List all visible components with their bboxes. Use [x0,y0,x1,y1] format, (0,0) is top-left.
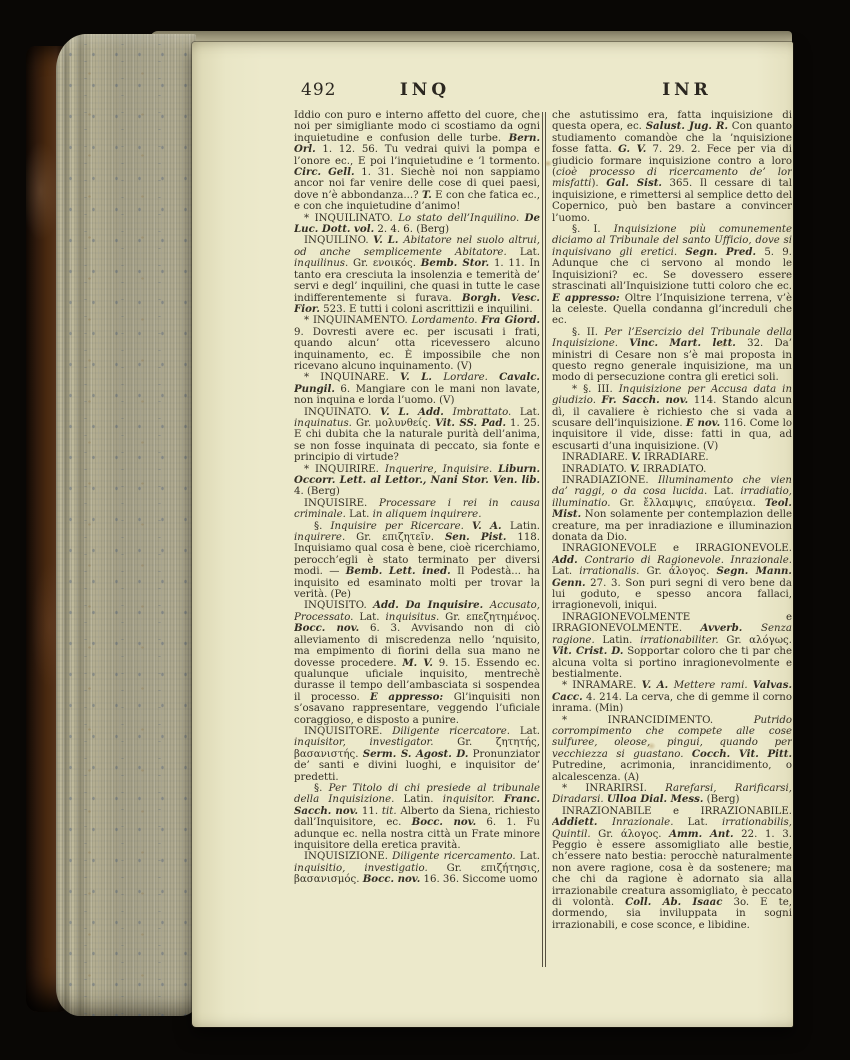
page-fore-edge-stack [56,34,196,1016]
paragraph: INRAZIONABILE e IRRAZIONABILE. Addiett. … [552,806,792,931]
paragraph: che astutissimo era, fatta inquisizione … [552,110,792,224]
paragraph: INRADIARE. V. IRRADIARE. [552,452,792,463]
paragraph: * INRAMARE. V. A. Mettere rami. Valvas. … [552,680,792,714]
paragraph: INQUISIZIONE. Diligente ricercamento. La… [294,851,540,885]
column-header-right: INR [622,80,752,100]
book-page: 492 INQ INR Iddio con puro e interno aff… [192,42,793,1027]
paragraph: * INRANCIDIMENTO. Putrido corrompimento … [552,715,792,783]
paragraph: INRADIAZIONE. Illuminamento che vien da’… [552,475,792,543]
paragraph: * INQUINAMENTO. Lordamento. Fra Giord. 9… [294,315,540,372]
paragraph: §. Per Titolo di chi presiede al tribuna… [294,783,540,851]
paragraph: INQUISIRE. Processare i rei in causa cri… [294,498,540,521]
paragraph: * §. III. Inquisizione per Accusa data i… [552,384,792,452]
paragraph: §. Inquisire per Ricercare. V. A. Latin.… [294,521,540,601]
column-header-left: INQ [360,80,490,100]
paragraph: §. II. Per l’Esercizio del Tribunale del… [552,327,792,384]
paragraph: * INQUILINATO. Lo stato dell’Inquilino. … [294,213,540,236]
paragraph: INRADIATO. V. IRRADIATO. [552,464,792,475]
column-divider [542,112,546,967]
paragraph: §. I. Inquisizione più comunemente dicia… [552,224,792,327]
paragraph: INQUISITO. Add. Da Inquisire. Accusato, … [294,600,540,725]
paragraph: INRAGIONEVOLE e IRRAGIONEVOLE. Add. Cont… [552,543,792,611]
paragraph: * INQUINARE. V. L. Lordare. Cavalc. Pung… [294,372,540,406]
paragraph: INQUILINO. V. L. Abitatore nel suolo alt… [294,235,540,315]
text-column-left: Iddio con puro e interno affetto del cuo… [294,110,540,886]
paragraph: INQUINATO. V. L. Add. Imbrattato. Lat. i… [294,407,540,464]
paragraph: * INQUIRIRE. Inquerire, Inquisire. Libur… [294,464,540,498]
paragraph: INRAGIONEVOLMENTE e IRRAGIONEVOLMENTE. A… [552,612,792,680]
page-number: 492 [301,80,336,100]
book-photo: 492 INQ INR Iddio con puro e interno aff… [0,0,850,1060]
paragraph: * INRARIRSI. Rarefarsi, Rarificarsi, Dir… [552,783,792,806]
text-column-right: che astutissimo era, fatta inquisizione … [552,110,792,931]
paragraph: Iddio con puro e interno affetto del cuo… [294,110,540,213]
paragraph: INQUISITORE. Diligente ricercatore. Lat.… [294,726,540,783]
